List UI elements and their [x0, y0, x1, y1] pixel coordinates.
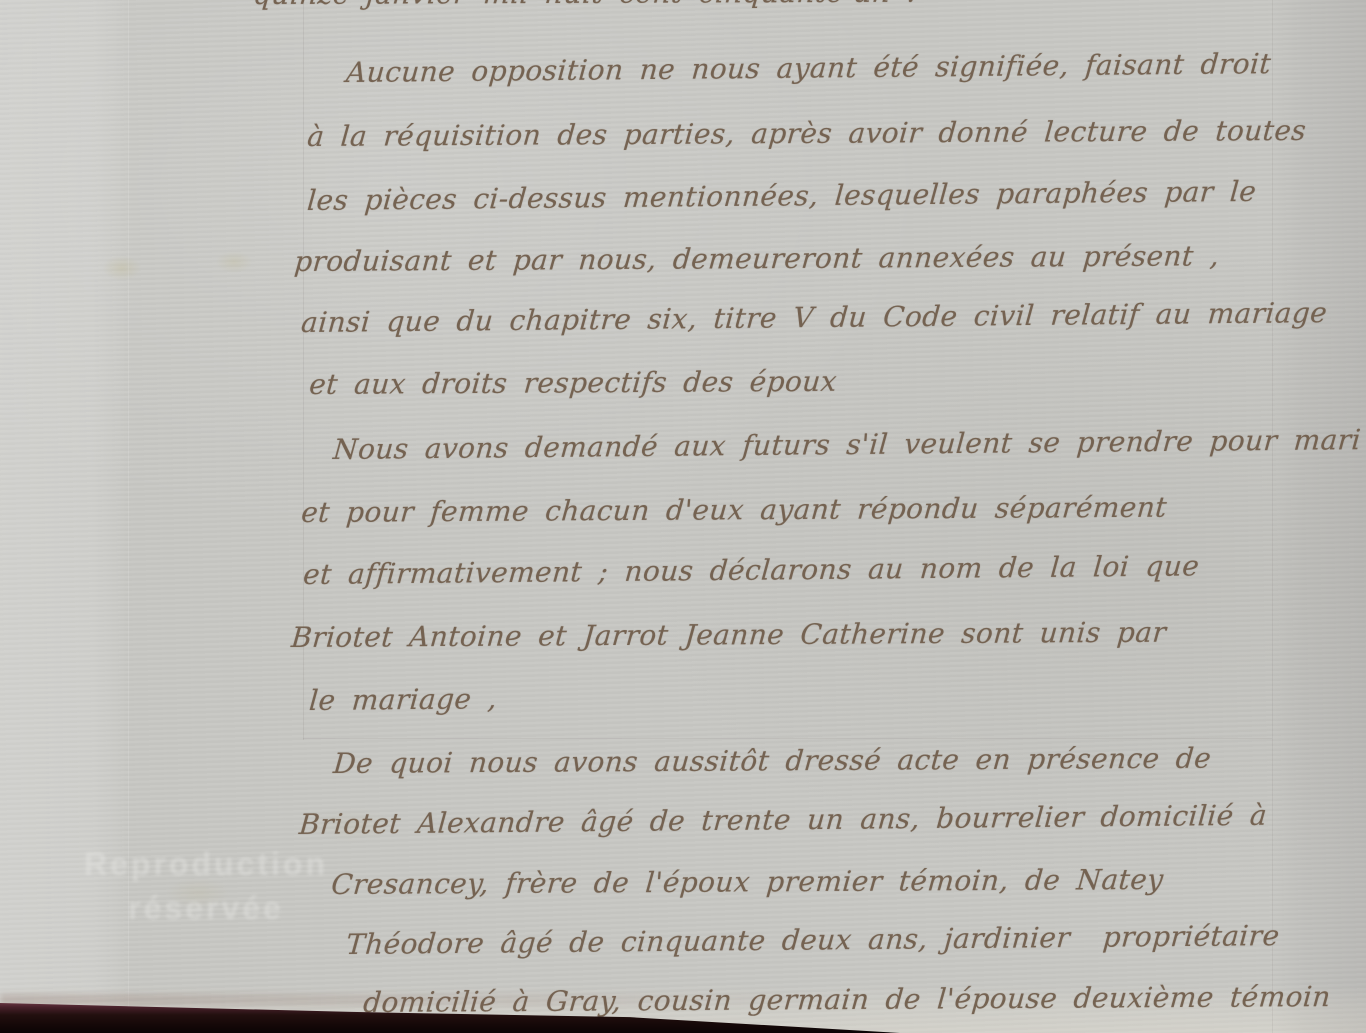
- manuscript-line: Nous avons demandé aux futurs s'il veule…: [332, 423, 1362, 466]
- manuscript-line: Briotet Antoine et Jarrot Jeanne Catheri…: [290, 616, 1168, 654]
- page-edge-highlight: [0, 994, 920, 1006]
- manuscript-line: à la réquisition des parties, après avoi…: [306, 114, 1308, 153]
- margin-rule-horizontal: [303, 738, 1272, 739]
- manuscript-line: et aux droits respectifs des époux: [308, 365, 838, 401]
- paper-fold-line-right: [1272, 0, 1273, 1033]
- manuscript-line: Aucune opposition ne nous ayant été sign…: [345, 47, 1272, 89]
- manuscript-line: les pièces ci-dessus mentionnées, lesque…: [306, 175, 1258, 217]
- reproduction-watermark: Reproduction réservée: [56, 842, 356, 930]
- watermark-line-2: réservée: [56, 886, 356, 930]
- manuscript-line: et pour femme chacun d'eux ayant répondu…: [300, 491, 1168, 529]
- manuscript-line: et affirmativement ; nous déclarons au n…: [302, 549, 1201, 591]
- manuscript-line: ainsi que du chapitre six, titre V du Co…: [300, 296, 1329, 339]
- watermark-line-1: Reproduction: [56, 842, 356, 886]
- manuscript-line: le mariage ,: [308, 682, 498, 717]
- manuscript-line: Cresancey, frère de l'époux premier témo…: [330, 863, 1165, 901]
- manuscript-line: Briotet Alexandre âgé de trente un ans, …: [298, 799, 1268, 841]
- manuscript-line: Théodore âgé de cinquante deux ans, jard…: [345, 919, 1281, 961]
- manuscript-line: produisant et par nous, demeureront anne…: [293, 239, 1221, 278]
- manuscript-line: quinze janvier mil huit cent cinquante-u…: [252, 0, 918, 11]
- manuscript-line: De quoi nous avons aussitôt dressé acte …: [332, 742, 1213, 780]
- manuscript-page: quinze janvier mil huit cent cinquante-u…: [0, 0, 1366, 1033]
